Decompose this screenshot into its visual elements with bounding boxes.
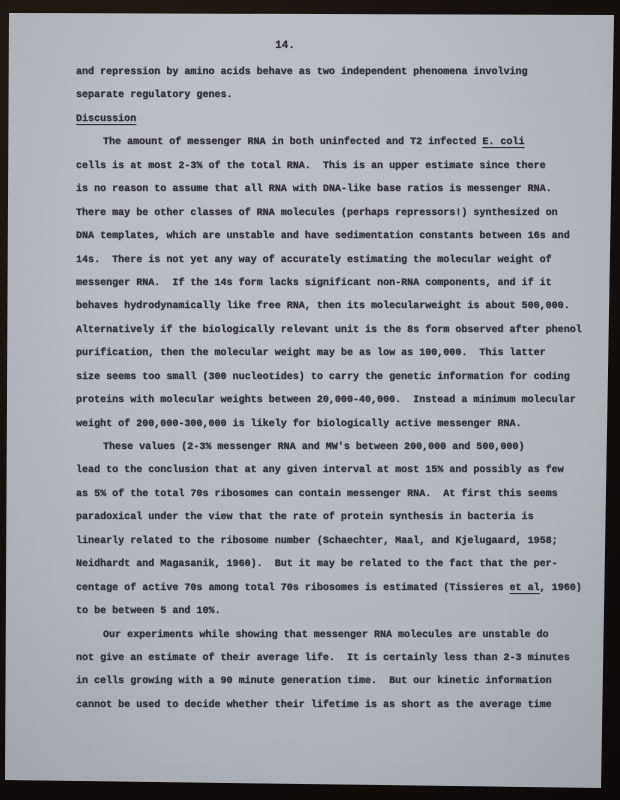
text-segment: centage of active 70s among total 70s ri…	[76, 583, 510, 594]
text-segment: weight of 200,000-300,000 is likely for …	[76, 419, 522, 430]
text-segment: paradoxical under the view that the rate…	[76, 512, 534, 523]
text-segment: and repression by amino acids behave as …	[76, 67, 528, 78]
text-segment: purification, then the molecular weight …	[76, 348, 546, 359]
text-line: size seems too small (300 nucleotides) t…	[76, 366, 596, 389]
text-line: DNA templates, which are unstable and ha…	[76, 225, 596, 248]
text-segment: 14s. There is not yet any way of accurat…	[76, 255, 552, 266]
text-line: centage of active 70s among total 70s ri…	[76, 577, 596, 600]
underlined-text: et al	[510, 583, 540, 594]
text-segment: behaves hydrodynamically like free RNA, …	[76, 301, 570, 312]
text-segment: to be between 5 and 10%.	[76, 606, 221, 617]
text-segment: Neidhardt and Magasanik, 1960). But it m…	[76, 559, 558, 570]
underlined-text: Discussion	[76, 114, 136, 125]
text-line: cells is at most 2-3% of the total RNA. …	[76, 155, 596, 178]
text-segment: not give an estimate of their average li…	[76, 653, 570, 664]
text-segment: These values (2-3% messenger RNA and MW'…	[103, 442, 524, 453]
text-segment: Alternatively if the biologically releva…	[76, 325, 582, 336]
text-line: as 5% of the total 70s ribosomes can con…	[76, 483, 596, 506]
text-line: not give an estimate of their average li…	[76, 647, 596, 670]
text-line: linearly related to the ribosome number …	[76, 530, 596, 553]
text-line: lead to the conclusion that at any given…	[76, 459, 596, 482]
text-segment: There may be other classes of RNA molecu…	[76, 208, 558, 219]
text-line: There may be other classes of RNA molecu…	[76, 202, 596, 225]
text-line: paradoxical under the view that the rate…	[76, 506, 596, 529]
text-line: to be between 5 and 10%.	[76, 600, 596, 623]
scanned-document-view: 14. and repression by amino acids behave…	[0, 0, 620, 800]
text-line: separate regulatory genes.	[76, 84, 596, 107]
text-segment: size seems too small (300 nucleotides) t…	[76, 372, 570, 383]
text-line: Neidhardt and Magasanik, 1960). But it m…	[76, 553, 596, 576]
text-segment: messenger RNA. If the 14s form lacks sig…	[76, 278, 552, 289]
underlined-text: E. coli	[482, 137, 524, 148]
text-segment: separate regulatory genes.	[76, 90, 233, 101]
text-line: purification, then the molecular weight …	[76, 342, 596, 365]
text-segment: lead to the conclusion that at any given…	[76, 465, 564, 476]
text-segment: Our experiments while showing that messe…	[103, 630, 549, 641]
text-line: cannot be used to decide whether their l…	[76, 694, 596, 717]
page-number: 14.	[255, 40, 315, 52]
text-segment: The amount of messenger RNA in both unin…	[103, 137, 482, 148]
text-line: Alternatively if the biologically releva…	[76, 319, 596, 342]
text-line: Our experiments while showing that messe…	[76, 624, 596, 647]
text-segment: as 5% of the total 70s ribosomes can con…	[76, 489, 558, 500]
text-segment: in cells growing with a 90 minute genera…	[76, 676, 552, 687]
typewritten-text-block: and repression by amino acids behave as …	[76, 61, 596, 717]
text-line: These values (2-3% messenger RNA and MW'…	[76, 436, 596, 459]
text-line: The amount of messenger RNA in both unin…	[76, 131, 596, 154]
text-segment: DNA templates, which are unstable and ha…	[76, 231, 570, 242]
text-line: behaves hydrodynamically like free RNA, …	[76, 295, 596, 318]
text-line: weight of 200,000-300,000 is likely for …	[76, 413, 596, 436]
text-segment: , 1960)	[540, 583, 582, 594]
text-segment: cells is at most 2-3% of the total RNA. …	[76, 161, 546, 172]
text-line: in cells growing with a 90 minute genera…	[76, 670, 596, 693]
text-line: messenger RNA. If the 14s form lacks sig…	[76, 272, 596, 295]
text-line: 14s. There is not yet any way of accurat…	[76, 249, 596, 272]
text-line: Discussion	[76, 108, 596, 131]
text-segment: is no reason to assume that all RNA with…	[76, 184, 552, 195]
text-line: and repression by amino acids behave as …	[76, 61, 596, 84]
text-line: is no reason to assume that all RNA with…	[76, 178, 596, 201]
text-segment: proteins with molecular weights between …	[76, 395, 576, 406]
text-segment: cannot be used to decide whether their l…	[76, 700, 552, 711]
text-segment: linearly related to the ribosome number …	[76, 536, 558, 547]
text-line: proteins with molecular weights between …	[76, 389, 596, 412]
